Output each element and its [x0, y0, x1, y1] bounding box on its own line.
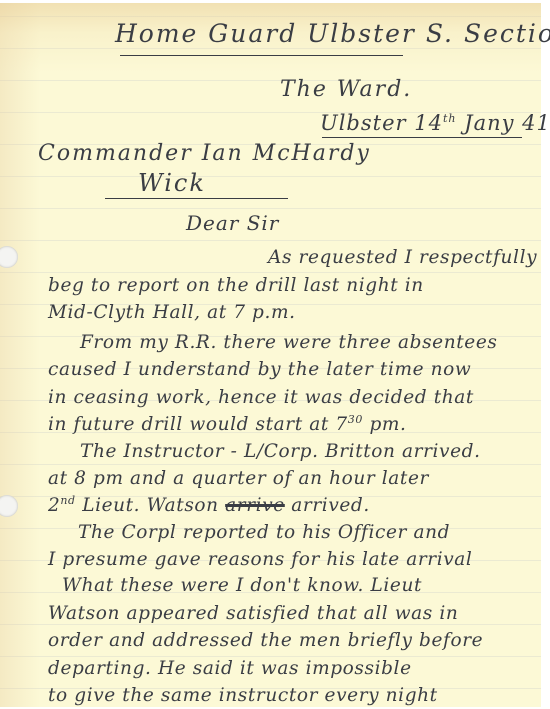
recipient-place-underline	[105, 198, 288, 199]
sender-address-line: The Ward.	[280, 77, 412, 102]
time-suffix: pm.	[369, 414, 406, 435]
body-line: The Instructor - L/Corp. Britton arrived…	[80, 441, 481, 462]
body-line: The Corpl reported to his Officer and	[78, 522, 450, 543]
time-superscript: 30	[348, 413, 363, 426]
recipient-name: Commander Ian McHardy	[38, 141, 371, 166]
body-line: 2nd Lieut. Watson arrive arrived.	[48, 494, 370, 516]
body-line: in future drill would start at 730 pm.	[48, 413, 407, 435]
body-line: As requested I respectfully	[268, 247, 537, 268]
body-line-text: in future drill would start at 7	[48, 414, 348, 435]
sender-place: Ulbster	[320, 111, 407, 135]
body-line: What these were I don't know. Lieut	[62, 575, 422, 596]
body-line: beg to report on the drill last night in	[48, 275, 424, 296]
ordinal-suffix: nd	[60, 494, 75, 507]
body-line: caused I understand by the later time no…	[48, 359, 471, 380]
date-month-year: Jany 41	[464, 111, 550, 135]
salutation: Dear Sir	[186, 211, 279, 235]
body-line: I presume gave reasons for his late arri…	[48, 549, 472, 570]
body-line: Mid-Clyth Hall, at 7 p.m.	[48, 302, 296, 323]
punch-hole-bottom	[0, 495, 18, 517]
letter-heading: Home Guard Ulbster S. Section	[115, 19, 550, 48]
recipient-place: Wick	[138, 169, 206, 197]
body-line: to give the same instructor every night	[48, 685, 438, 706]
heading-underline	[120, 55, 403, 56]
struck-out-word: arrive	[225, 495, 285, 516]
body-line: From my R.R. there were three absentees	[80, 332, 497, 353]
body-line-text: arrived.	[291, 495, 370, 516]
date-day: 14	[414, 111, 443, 135]
body-line: order and addressed the men briefly befo…	[48, 630, 483, 651]
letter-page: Home Guard Ulbster S. Section The Ward. …	[0, 3, 541, 707]
letter-date: Ulbster 14th Jany 41	[320, 111, 550, 135]
officer-name: Lieut. Watson	[82, 495, 218, 516]
date-underline	[322, 137, 522, 138]
body-line: departing. He said it was impossible	[48, 658, 412, 679]
punch-hole-top	[0, 246, 18, 268]
body-line: Watson appeared satisfied that all was i…	[48, 603, 458, 624]
body-line: in ceasing work, hence it was decided th…	[48, 387, 474, 408]
body-line: at 8 pm and a quarter of an hour later	[48, 468, 429, 489]
ordinal-number: 2	[48, 495, 60, 516]
date-day-suffix: th	[443, 112, 457, 125]
